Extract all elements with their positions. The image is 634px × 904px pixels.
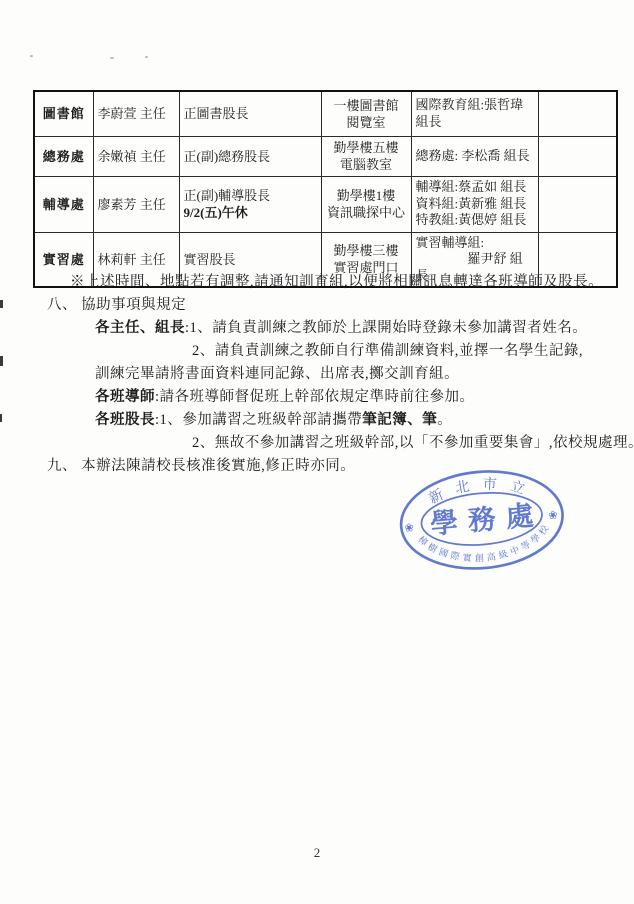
scan-speck <box>145 56 148 58</box>
role-text: 正(副)輔導股長 <box>184 188 271 203</box>
document-page: 圖書館 李蔚萱 主任 正圖書股長 一樓圖書館 閱覽室 國際教育組:張哲瑋組長 總… <box>0 0 634 904</box>
note-text: :1、請負責訓練之教師於上課開始時登錄未參加講習者姓名。 <box>185 320 587 336</box>
note-text: 2、無故不參加講習之班級幹部,以「不參加重要集會」,依校規處理。 <box>192 435 634 451</box>
scan-edge-mark <box>0 414 2 422</box>
note-text: 。 <box>437 412 452 428</box>
note-class-officers-2: 2、無故不參加講習之班級幹部,以「不參加重要集會」,依校規處理。 <box>47 432 619 455</box>
cell-blank <box>538 176 617 232</box>
note-text: 九、 本辦法陳請校長核准後實施,修正時亦同。 <box>47 458 355 474</box>
page-number: 2 <box>0 845 634 861</box>
note-class-officers: 各班股長:1、參加講習之班級幹部請攜帶筆記簿、筆。 <box>47 409 619 432</box>
note-text-bold: 筆記簿、筆 <box>362 412 437 428</box>
cell-name: 李蔚萱 主任 <box>93 91 179 136</box>
role-text: 正(副)總務股長 <box>184 149 271 164</box>
note-text: ※上述時間、地點若有調整,請通知訓育組,以便將相關訊息轉達各班導師及股長。 <box>70 274 603 290</box>
note-adjustment: ※上述時間、地點若有調整,請通知訓育組,以便將相關訊息轉達各班導師及股長。 <box>47 271 619 294</box>
cell-location: 勤學樓五樓 電腦教室 <box>321 136 411 176</box>
cell-location: 一樓圖書館 閱覽室 <box>321 91 411 136</box>
cell-dept: 圖書館 <box>34 91 93 136</box>
note-text: :1、參加講習之班級幹部請攜帶 <box>155 412 362 428</box>
cell-name: 余嫩禎 主任 <box>93 136 179 176</box>
role-text: 正圖書股長 <box>184 106 249 121</box>
note-text: 2、請負責訓練之教師自行準備訓練資料,並擇一名學生記錄, <box>192 343 583 359</box>
table-row: 圖書館 李蔚萱 主任 正圖書股長 一樓圖書館 閱覽室 國際教育組:張哲瑋組長 <box>34 91 617 136</box>
cell-blank <box>538 91 617 136</box>
role-note: 9/2(五)午休 <box>184 204 317 221</box>
cell-name: 廖素芳 主任 <box>93 176 179 232</box>
cell-dept: 輔導處 <box>34 176 93 232</box>
cell-role: 正(副)總務股長 <box>179 136 321 176</box>
cell-role: 正(副)輔導股長9/2(五)午休 <box>179 176 321 232</box>
official-stamp: 新北市立 學務處 樟樹國際實創高級中等學校 ❀ ❀ <box>394 461 571 583</box>
scan-speck <box>110 57 114 59</box>
stamp-seal-icon: 新北市立 學務處 樟樹國際實創高級中等學校 ❀ ❀ <box>394 461 571 583</box>
note-text-bold: 各班導師 <box>95 389 155 405</box>
table-row: 總務處 余嫩禎 主任 正(副)總務股長 勤學樓五樓 電腦教室 總務處: 李松喬 … <box>34 136 617 176</box>
scan-speck <box>30 55 33 57</box>
scan-edge-mark <box>0 300 3 308</box>
plum-blossom-icon: ❀ <box>548 509 558 522</box>
note-text: 八、 協助事項與規定 <box>47 297 186 313</box>
scan-edge-mark <box>0 356 3 366</box>
note-directors-2: 2、請負責訓練之教師自行準備訓練資料,並擇一名學生記錄, <box>47 340 619 363</box>
note-homeroom: 各班導師:請各班導師督促班上幹部依規定準時前往參加。 <box>47 386 619 409</box>
note-text-bold: 各班股長 <box>95 412 155 428</box>
cell-role: 正圖書股長 <box>179 91 321 136</box>
note-directors: 各主任、組長:1、請負責訓練之教師於上課開始時登錄未參加講習者姓名。 <box>47 317 619 340</box>
cell-groups: 國際教育組:張哲瑋組長 <box>411 91 538 136</box>
cell-dept: 總務處 <box>34 136 93 176</box>
role-text: 實習股長 <box>184 252 236 267</box>
notes-section: ※上述時間、地點若有調整,請通知訓育組,以便將相關訊息轉達各班導師及股長。 八、… <box>47 271 619 478</box>
cell-groups: 總務處: 李松喬 組長 <box>411 136 538 176</box>
note-text-bold: 各主任、組長 <box>95 320 185 336</box>
note-text: :請各班導師督促班上幹部依規定準時前往參加。 <box>155 389 475 405</box>
staff-table: 圖書館 李蔚萱 主任 正圖書股長 一樓圖書館 閱覽室 國際教育組:張哲瑋組長 總… <box>33 90 618 288</box>
cell-blank <box>538 136 617 176</box>
note-directors-3: 訓練完畢請將書面資料連同記錄、出席表,擲交訓育組。 <box>47 363 619 386</box>
stamp-center-text: 學務處 <box>429 499 545 540</box>
cell-location: 勤學樓1樓 資訊職探中心 <box>321 176 411 232</box>
cell-groups: 輔導組:蔡孟如 組長 資料組:黃新雅 組長 特教組:黃偲婷 組長 <box>411 176 538 232</box>
plum-blossom-icon: ❀ <box>404 522 414 535</box>
note-text: 訓練完畢請將書面資料連同記錄、出席表,擲交訓育組。 <box>95 366 459 382</box>
table-row: 輔導處 廖素芳 主任 正(副)輔導股長9/2(五)午休 勤學樓1樓 資訊職探中心… <box>34 176 617 232</box>
note-item-8: 八、 協助事項與規定 <box>47 294 619 317</box>
